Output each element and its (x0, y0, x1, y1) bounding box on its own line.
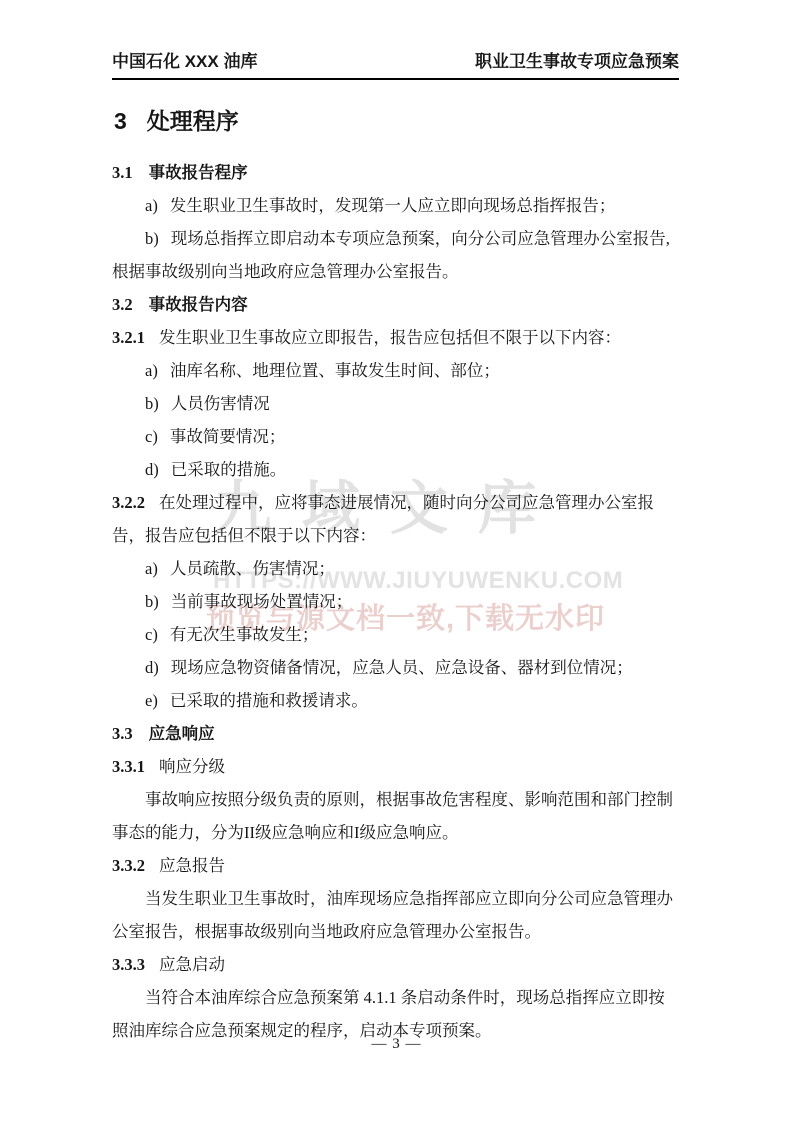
list-item-text: 当前事故现场处置情况； (171, 592, 353, 611)
list-marker: a) (145, 559, 158, 578)
list-item: a)油库名称、地理位置、事故发生时间、部位； (112, 354, 679, 387)
subsection-text: 应急报告 (159, 856, 225, 875)
chapter-number: 3 (114, 108, 127, 134)
subsection-text: 发生职业卫生事故应立即报告，报告应包括但不限于以下内容： (159, 328, 621, 347)
list-item: b)人员伤害情况 (112, 387, 679, 420)
section-title-text: 事故报告内容 (149, 295, 248, 314)
subsection-number: 3.3.3 (112, 955, 145, 974)
list-marker: e) (145, 691, 158, 710)
list-item-text: 人员疏散、伤害情况； (170, 559, 335, 578)
list-item: e)已采取的措施和救援请求。 (112, 684, 679, 717)
list-item-text: 发生职业卫生事故时，发现第一人应立即向现场总指挥报告； (170, 196, 616, 215)
list-item: d)已采取的措施。 (112, 453, 679, 486)
header-right-text: 职业卫生事故专项应急预案 (475, 50, 679, 74)
list-item-text: 现场应急物资储备情况，应急人员、应急设备、器材到位情况； (171, 658, 633, 677)
subsection-number: 3.2.1 (112, 328, 145, 347)
list-item: d)现场应急物资储备情况，应急人员、应急设备、器材到位情况； (112, 651, 679, 684)
subsection-heading-3-3-2: 3.3.2应急报告 (112, 849, 679, 882)
list-item-text: 事故简要情况； (170, 427, 286, 446)
subsection-heading-3-3-3: 3.3.3应急启动 (112, 948, 679, 981)
document-body: 3.1事故报告程序 a)发生职业卫生事故时，发现第一人应立即向现场总指挥报告； … (112, 156, 679, 1047)
document-page: 九域文库 HTTPS://WWW.JIUYUWENKU.COM 预览与源文档一致… (0, 0, 793, 1122)
list-item-text: 有无次生事故发生； (170, 625, 319, 644)
section-title-text: 应急响应 (149, 724, 215, 743)
list-marker: d) (145, 460, 159, 479)
list-marker: a) (145, 196, 158, 215)
section-number: 3.1 (112, 163, 133, 182)
chapter-title: 3处理程序 (114, 107, 679, 135)
subsection-number: 3.2.2 (112, 493, 145, 512)
page-header: 中国石化 XXX 油库 职业卫生事故专项应急预案 (112, 50, 679, 80)
subsection-heading-3-2-1: 3.2.1发生职业卫生事故应立即报告，报告应包括但不限于以下内容： (112, 321, 679, 354)
list-marker: c) (145, 427, 158, 446)
paragraph: 事故响应按照分级负责的原则，根据事故危害程度、影响范围和部门控制事态的能力，分为… (112, 783, 679, 849)
list-item-text: 已采取的措施。 (171, 460, 287, 479)
list-item-text: 现场总指挥立即启动本专项应急预案，向分公司应急管理办公室报告,根据事故级别向当地… (112, 229, 670, 281)
page-number: — 3 — (0, 1036, 793, 1053)
subsection-heading-3-3-1: 3.3.1响应分级 (112, 750, 679, 783)
chapter-title-text: 处理程序 (147, 108, 239, 134)
list-item: b)当前事故现场处置情况； (112, 585, 679, 618)
subsection-number: 3.3.1 (112, 757, 145, 776)
list-item: c)事故简要情况； (112, 420, 679, 453)
list-item-text: 已采取的措施和救援请求。 (170, 691, 368, 710)
section-number: 3.3 (112, 724, 133, 743)
list-item: b)现场总指挥立即启动本专项应急预案，向分公司应急管理办公室报告,根据事故级别向… (112, 222, 679, 288)
subsection-text: 响应分级 (159, 757, 225, 776)
list-marker: a) (145, 361, 158, 380)
list-item-text: 人员伤害情况 (171, 394, 270, 413)
list-marker: b) (145, 229, 159, 248)
subsection-text: 应急启动 (159, 955, 225, 974)
subsection-number: 3.3.2 (112, 856, 145, 875)
list-item: a)发生职业卫生事故时，发现第一人应立即向现场总指挥报告； (112, 189, 679, 222)
list-item: c)有无次生事故发生； (112, 618, 679, 651)
section-heading-3-1: 3.1事故报告程序 (112, 156, 679, 189)
section-heading-3-3: 3.3应急响应 (112, 717, 679, 750)
list-item: a)人员疏散、伤害情况； (112, 552, 679, 585)
list-marker: b) (145, 592, 159, 611)
section-title-text: 事故报告程序 (149, 163, 248, 182)
list-marker: d) (145, 658, 159, 677)
header-left-text: 中国石化 XXX 油库 (112, 50, 257, 74)
list-marker: b) (145, 394, 159, 413)
subsection-heading-3-2-2: 3.2.2在处理过程中，应将事态进展情况，随时向分公司应急管理办公室报告，报告应… (112, 486, 679, 552)
subsection-text: 在处理过程中，应将事态进展情况，随时向分公司应急管理办公室报告，报告应包括但不限… (112, 493, 654, 545)
section-heading-3-2: 3.2事故报告内容 (112, 288, 679, 321)
list-item-text: 油库名称、地理位置、事故发生时间、部位； (170, 361, 500, 380)
paragraph: 当发生职业卫生事故时，油库现场应急指挥部应立即向分公司应急管理办公室报告，根据事… (112, 882, 679, 948)
list-marker: c) (145, 625, 158, 644)
section-number: 3.2 (112, 295, 133, 314)
page-number-label: — 3 — (372, 1036, 422, 1052)
